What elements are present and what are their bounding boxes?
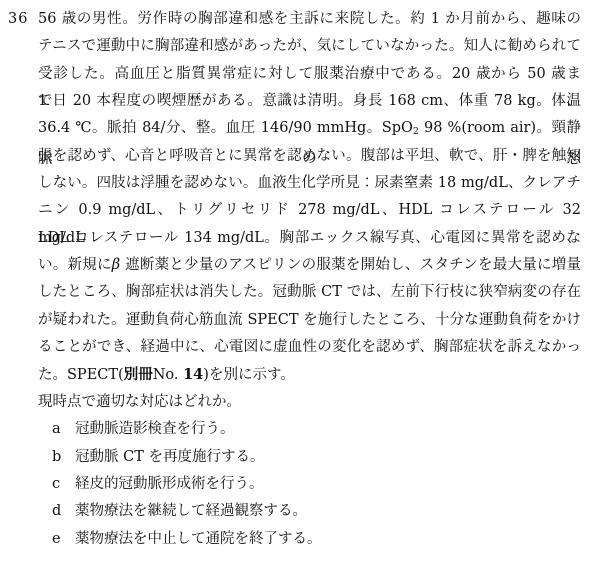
question-number: 36 [8,6,28,33]
booklet-ref-bold: 別冊 [124,366,153,383]
option-row: a 冠動脈造影検査を行う。 [52,416,581,443]
body-line: しない。四肢は浮腫を認めない。血液生化学所見：尿素窒素 18 mg/dL、クレア… [38,170,581,197]
option-label: a [52,416,75,443]
body-line: た。SPECT(別冊No. 14)を別に示す。 [38,361,581,388]
body-line: 張を認めず、心音と呼吸音とに異常を認めない。腹部は平坦、軟で、肝・脾を触知 [38,143,581,170]
beta-symbol: β [112,257,120,273]
body-text-segment: 遮断薬と少量のアスピリンの服薬を開始し、スタチンを最大量に増量 [120,257,581,273]
body-line: ニン 0.9 mg/dL、トリグリセリド 278 mg/dL、HDL コレステロ… [38,197,581,224]
body-line: い。新規にβ 遮断薬と少量のアスピリンの服薬を開始し、スタチンを最大量に増量 [38,252,581,279]
body-line: 1 日 20 本程度の喫煙歴がある。意識は清明。身長 168 cm、体重 78 … [38,88,581,115]
question-prompt: 現時点で適切な対応はどれか。 [38,389,581,416]
body-text-segment: No. [153,367,183,383]
exam-page: 36 56 歳の男性。労作時の胸部違和感を主訴に来院した。約 1 か月前から、趣… [0,0,590,581]
body-line: したところ、胸部症状は消失した。冠動脈 CT では、左前下行枝に狭窄病変の存在 [38,279,581,306]
body-text-segment: た。SPECT( [38,367,124,383]
option-text: 薬物療法を継続して経過観察する。 [75,498,581,525]
body-line: が疑われた。運動負荷心筋血流 SPECT を施行したところ、十分な運動負荷をかけ [38,307,581,334]
question-body: 56 歳の男性。労作時の胸部違和感を主訴に来院した。約 1 か月前から、趣味の … [38,6,581,553]
option-label: c [52,471,75,498]
body-line: ることができ、経過中に、心電図に虚血性の変化を認めず、胸部症状を訴えなかっ [38,334,581,361]
option-label: d [52,498,75,525]
body-line: 受診した。高血圧と脂質異常症に対して服薬治療中である。20 歳から 50 歳まで… [38,61,581,88]
option-label: e [52,526,75,553]
option-row: c 経皮的冠動脈形成術を行う。 [52,471,581,498]
body-line: テニスで運動中に胸部違和感があったが、気にしていなかった。知人に勧められて [38,33,581,60]
body-line: 56 歳の男性。労作時の胸部違和感を主訴に来院した。約 1 か月前から、趣味の [38,6,581,33]
option-text: 薬物療法を中止して通院を終了する。 [75,526,581,553]
option-label: b [52,444,75,471]
body-line: LDL コレステロール 134 mg/dL。胸部エックス線写真、心電図に異常を認… [38,225,581,252]
option-text: 冠動脈造影検査を行う。 [75,416,581,443]
body-text-segment: )を別に示す。 [203,367,295,383]
option-text: 経皮的冠動脈形成術を行う。 [75,471,581,498]
booklet-number-bold: 14 [183,366,203,383]
body-line: 36.4 ℃。脈拍 84/分、整。血圧 146/90 mmHg。SpO2 98 … [38,115,581,142]
body-text-segment: い。新規に [38,257,112,273]
option-row: d 薬物療法を継続して経過観察する。 [52,498,581,525]
option-row: e 薬物療法を中止して通院を終了する。 [52,526,581,553]
option-text: 冠動脈 CT を再度施行する。 [75,444,581,471]
body-text-segment: 36.4 ℃。脈拍 84/分、整。血圧 146/90 mmHg。SpO [38,120,413,136]
option-row: b 冠動脈 CT を再度施行する。 [52,444,581,471]
